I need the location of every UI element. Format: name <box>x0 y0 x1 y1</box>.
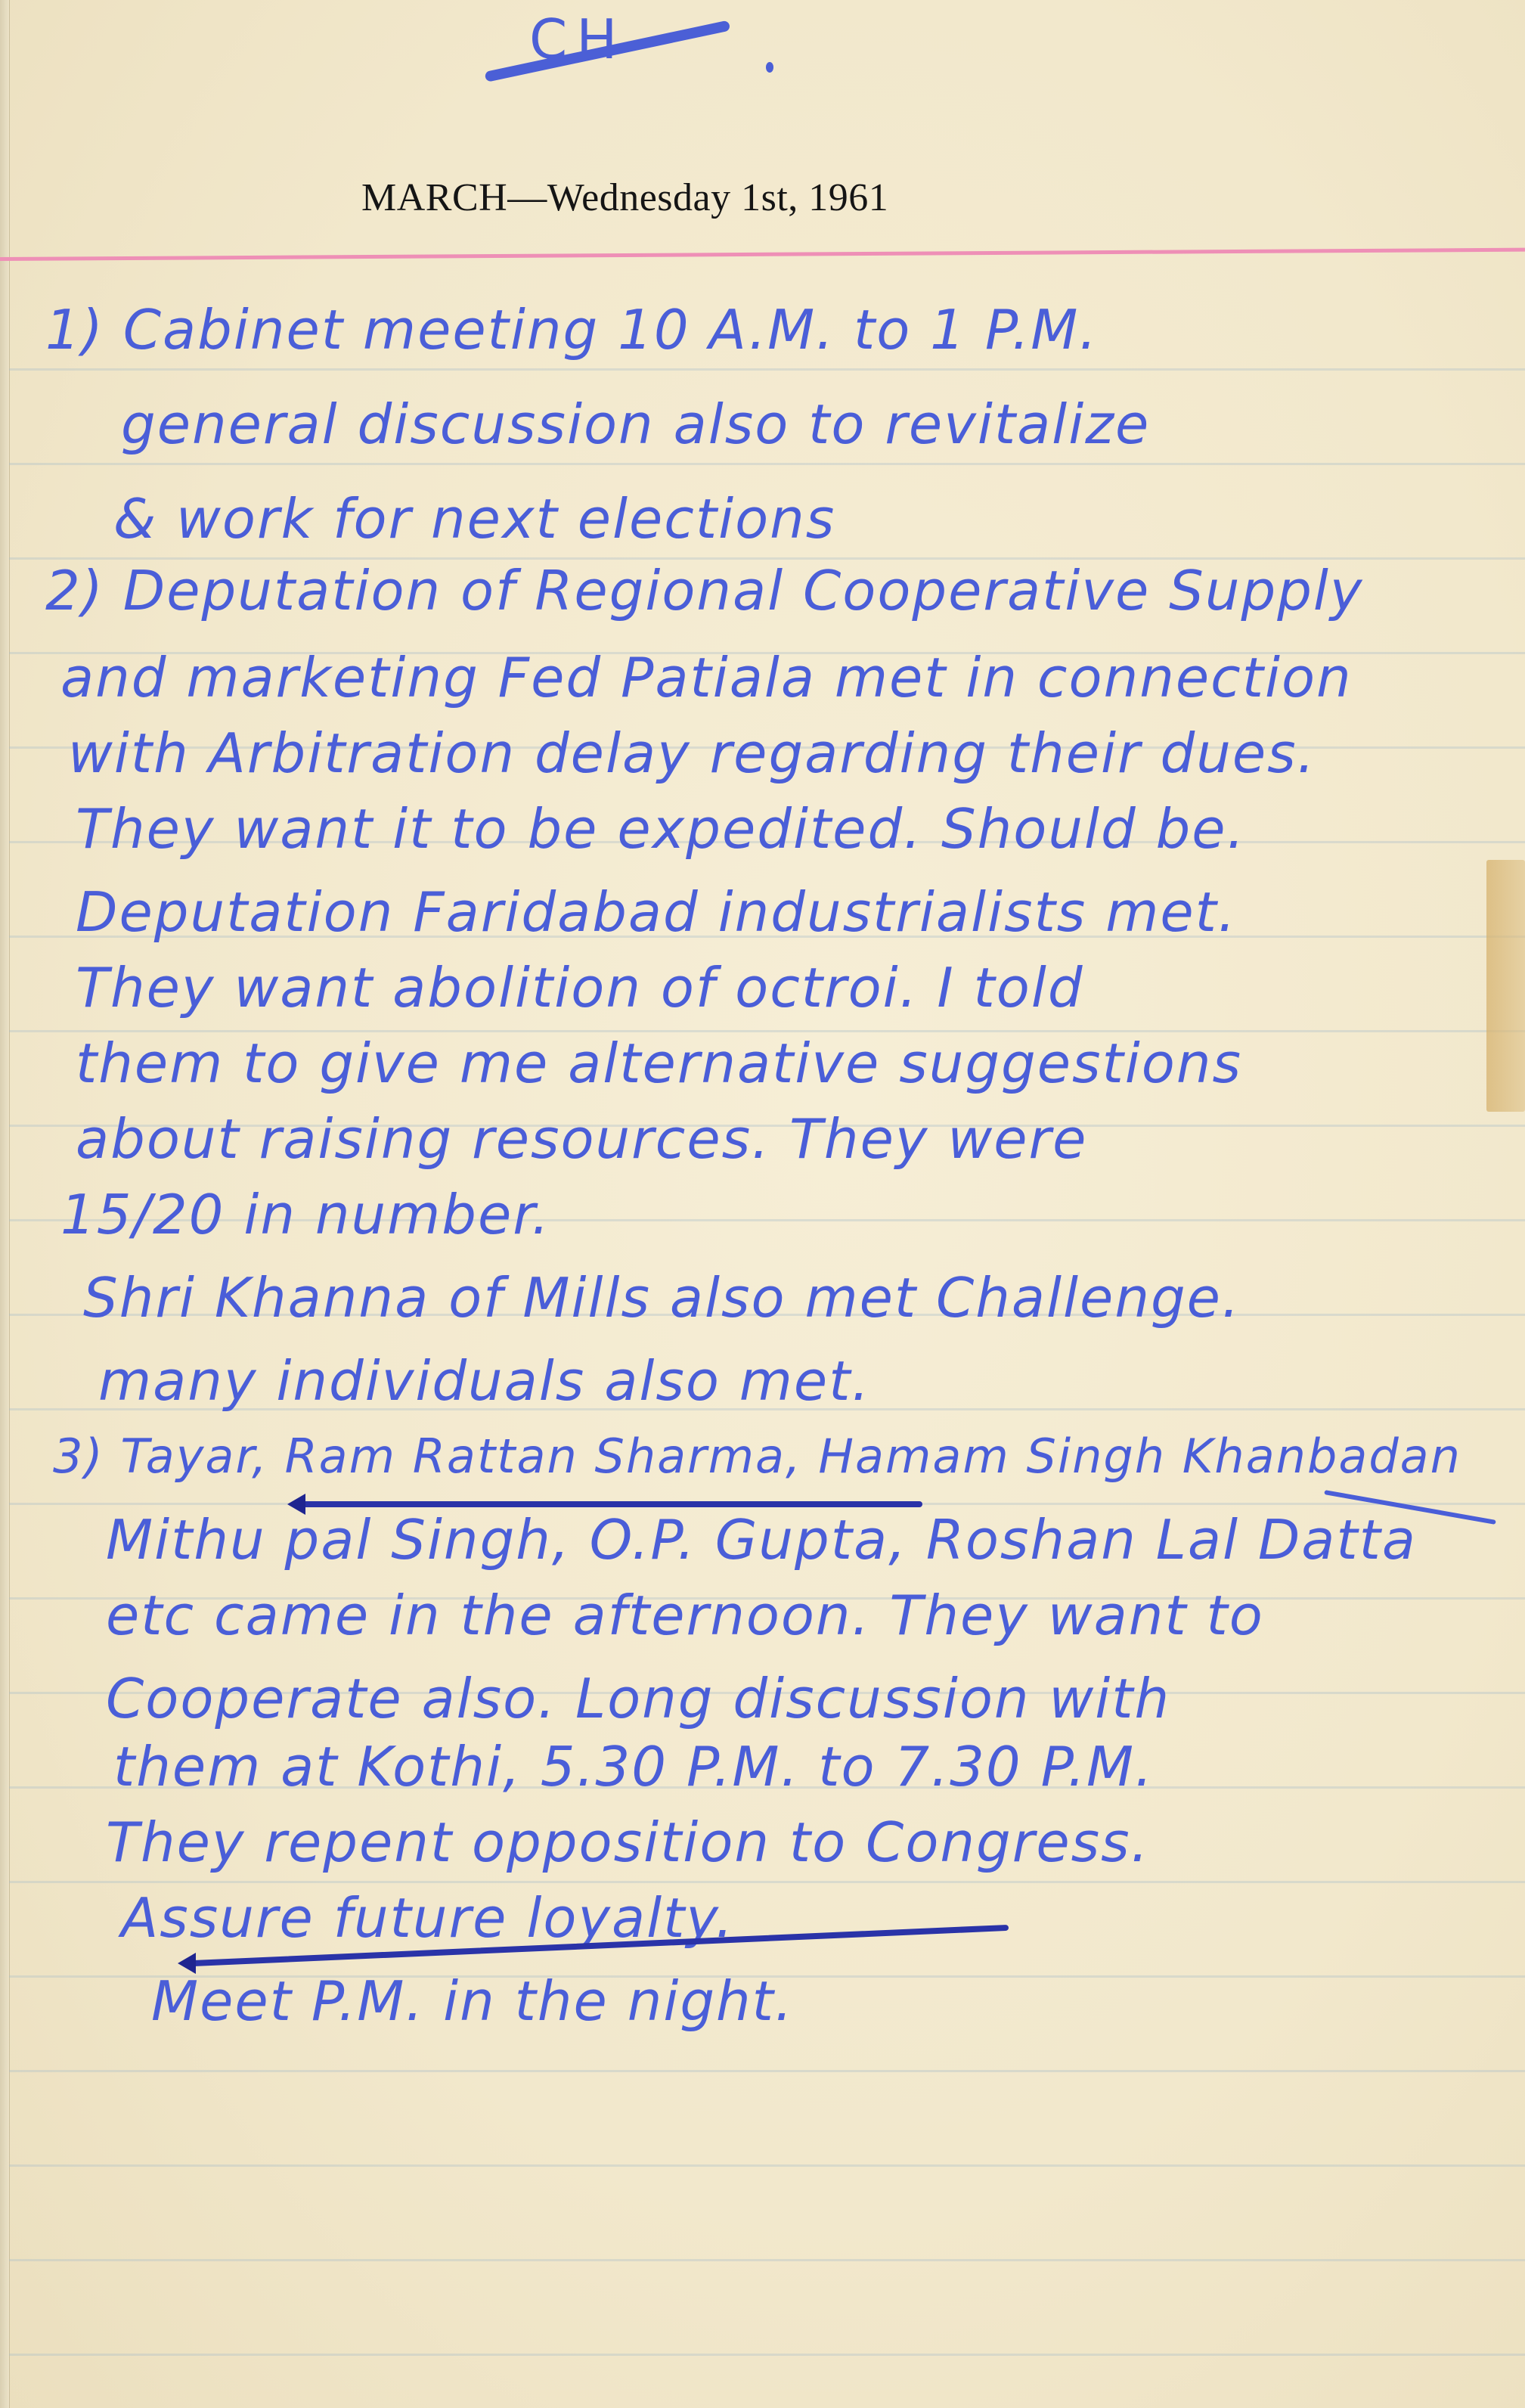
entry-2-line-8: about raising resources. They were <box>76 1112 1087 1166</box>
entry-3-line-4: Cooperate also. Long discussion with <box>106 1671 1170 1726</box>
entry-2-line-7: them to give me alternative suggestions <box>76 1036 1242 1091</box>
entry-2-line-1: 2) Deputation of Regional Cooperative Su… <box>45 563 1364 618</box>
entry-2-line-10: Shri Khanna of Mills also met Challenge. <box>83 1271 1241 1325</box>
entry-3-line-3: etc came in the afternoon. They want to <box>106 1588 1264 1643</box>
entry-3-line-6: They repent opposition to Congress. <box>106 1815 1150 1870</box>
entry-2-line-3: with Arbitration delay regarding their d… <box>68 726 1316 780</box>
entry-3-line-7: Assure future loyalty. <box>121 1891 734 1945</box>
entry-1-line-1: 1) Cabinet meeting 10 A.M. to 1 P.M. <box>45 303 1098 357</box>
entry-3-line-2: Mithu pal Singh, O.P. Gupta, Roshan Lal … <box>106 1513 1417 1567</box>
diary-entries: 1) Cabinet meeting 10 A.M. to 1 P.M. gen… <box>0 0 1525 2408</box>
entry-1-line-3: & work for next elections <box>113 492 835 546</box>
entry-3-line-8: Meet P.M. in the night. <box>151 1974 794 2028</box>
names-underline-arrow <box>302 1501 922 1507</box>
entry-2-line-9: 15/20 in number. <box>60 1187 550 1242</box>
entry-3-line-5: them at Kothi, 5.30 P.M. to 7.30 P.M. <box>113 1739 1154 1794</box>
entry-2-line-5: Deputation Faridabad industrialists met. <box>76 885 1237 939</box>
entry-2-line-11: many individuals also met. <box>98 1354 870 1408</box>
diary-page: CH MARCH—Wednesday 1st, 1961 1) Cabinet … <box>0 0 1525 2408</box>
entry-2-line-6: They want abolition of octroi. I told <box>76 960 1084 1015</box>
entry-2-line-2: and marketing Fed Patiala met in connect… <box>60 650 1353 705</box>
entry-2-line-4: They want it to be expedited. Should be. <box>76 802 1245 856</box>
entry-3-line-1: 3) Tayar, Ram Rattan Sharma, Hamam Singh… <box>53 1433 1461 1480</box>
entry-1-line-2: general discussion also to revitalize <box>121 397 1150 451</box>
